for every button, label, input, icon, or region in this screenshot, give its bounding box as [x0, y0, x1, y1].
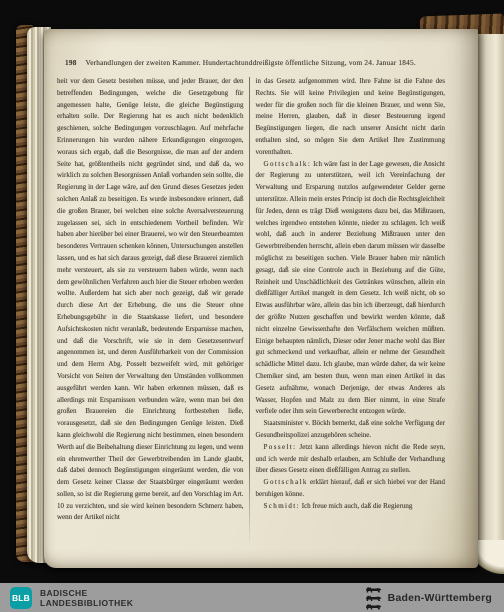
speaker-name: Gottschalk:	[264, 160, 312, 168]
blb-logo: BLB	[10, 587, 32, 609]
paragraph: Staatsminister v. Böckh bemerkt, daß ein…	[256, 418, 446, 442]
column-divider	[249, 77, 250, 545]
state-name: Baden-Württemberg	[388, 592, 492, 604]
text-column-left: heit vor dem Gesetz bestehen müsse, und …	[57, 76, 244, 524]
state-brand: Baden-Württemberg	[365, 586, 492, 610]
text-column-right: in das Gesetz aufgenommen wird. Ihre Fah…	[256, 76, 446, 524]
paragraph-text: Ich wäre fast in der Lage gewesen, die A…	[256, 160, 446, 416]
paragraph-text: heit vor dem Gesetz bestehen müsse, und …	[57, 77, 244, 521]
baden-wuerttemberg-lions-icon	[365, 586, 382, 610]
scanned-page: 198 Verhandlungen der zweiten Kammer. Hu…	[44, 29, 478, 568]
paragraph-text: in das Gesetz aufgenommen wird. Ihre Fah…	[256, 77, 446, 156]
library-name: BADISCHE LANDESBIBLIOTHEK	[40, 588, 133, 608]
paragraph: in das Gesetz aufgenommen wird. Ihre Fah…	[256, 76, 446, 159]
book-photo: 198 Verhandlungen der zweiten Kammer. Hu…	[0, 0, 504, 612]
paragraph-text: Staatsminister v. Böckh bemerkt, daß ein…	[256, 419, 446, 439]
paragraph: Gottschalk: Ich wäre fast in der Lage ge…	[256, 159, 446, 419]
library-name-line2: LANDESBIBLIOTHEK	[40, 598, 133, 608]
library-name-line1: BADISCHE	[40, 588, 133, 598]
speaker-name: Posselt:	[264, 443, 297, 451]
paragraph: heit vor dem Gesetz bestehen müsse, und …	[57, 76, 244, 524]
speaker-name: Gottschalk	[264, 478, 308, 486]
page-number: 198	[65, 58, 77, 67]
paragraph: Posselt: Jetzt kann allerdings hievon ni…	[256, 442, 446, 477]
blb-logo-text: BLB	[12, 593, 30, 603]
paragraph-text: Ich freue mich auch, daß die Regierung	[302, 502, 413, 510]
page-content: 198 Verhandlungen der zweiten Kammer. Hu…	[57, 29, 445, 568]
scan-viewport: 198 Verhandlungen der zweiten Kammer. Hu…	[0, 0, 504, 612]
adjacent-page-edge	[477, 34, 504, 564]
speaker-name: Schmidt:	[264, 502, 300, 510]
paragraph: Gottschalk erklärt hierauf, daß er sich …	[256, 477, 446, 501]
running-title: Verhandlungen der zweiten Kammer. Hunder…	[86, 58, 416, 67]
footer-bar: BLB BADISCHE LANDESBIBLIOTHEK Baden-Würt…	[0, 583, 504, 612]
running-header: 198 Verhandlungen der zweiten Kammer. Hu…	[57, 58, 445, 67]
text-columns: heit vor dem Gesetz bestehen müsse, und …	[57, 76, 445, 524]
paragraph: Schmidt: Ich freue mich auch, daß die Re…	[256, 501, 446, 513]
